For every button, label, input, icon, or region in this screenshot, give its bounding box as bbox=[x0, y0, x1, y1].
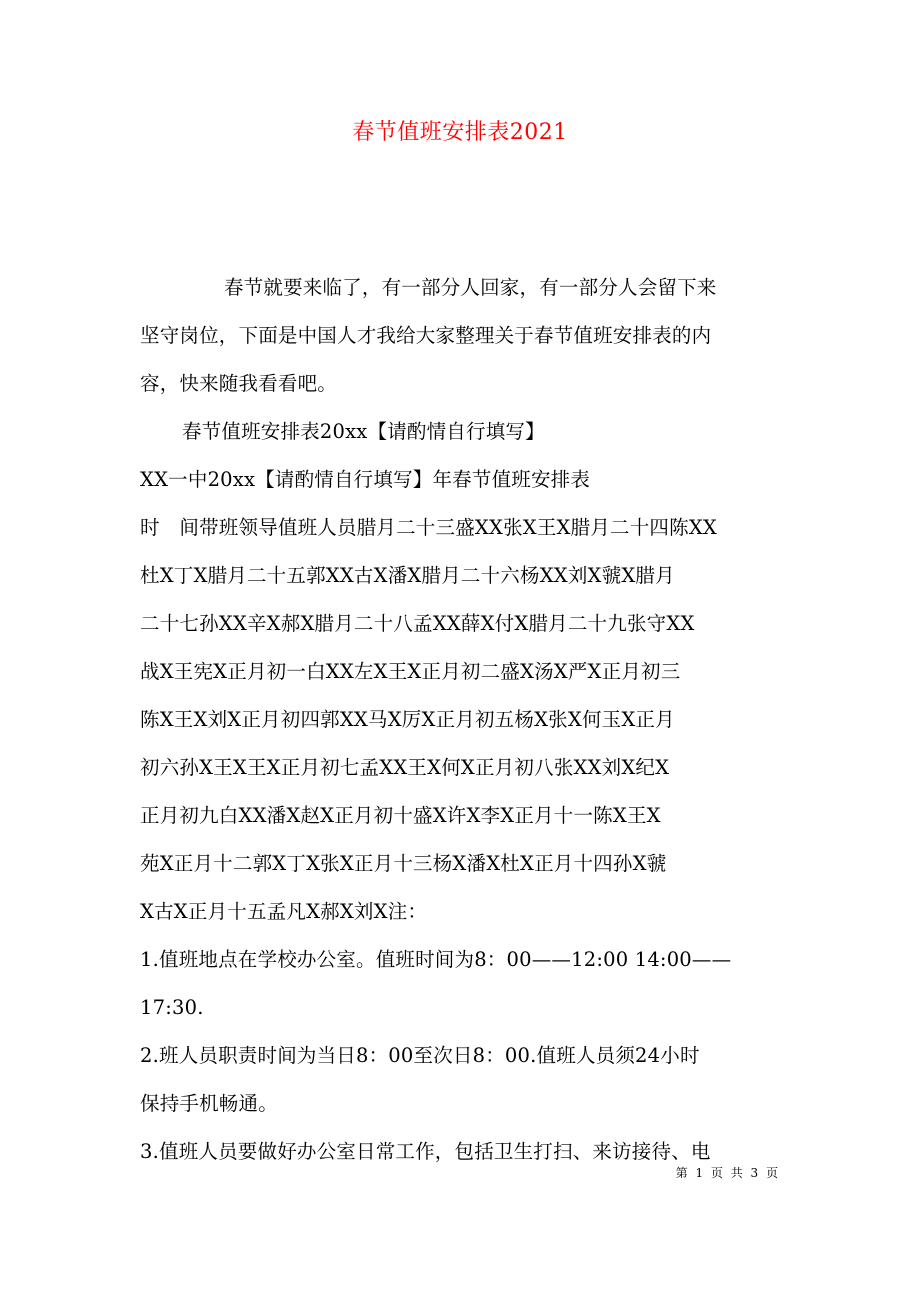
page-number-footer: 第 1 页 共 3 页 bbox=[676, 1164, 780, 1181]
schedule-line: 苑X正月十二郭X丁X张X正月十三杨X潘X杜X正月十四孙X虢 bbox=[140, 840, 785, 888]
document-body: 春节就要来临了，有一部分人回家，有一部分人会留下来 坚守岗位，下面是中国人才我给… bbox=[140, 264, 785, 1176]
schedule-title: XX一中20xx【请酌情自行填写】年春节值班安排表 bbox=[140, 456, 785, 504]
document-title: 春节值班安排表2021 bbox=[0, 118, 920, 148]
paragraph-intro-line-1: 春节就要来临了，有一部分人回家，有一部分人会留下来 bbox=[140, 264, 785, 312]
note-1-line-1: 1.值班地点在学校办公室。值班时间为8：00——12:00 14:00—— bbox=[140, 936, 785, 984]
note-2-line-1: 2.班人员职责时间为当日8：00至次日8：00.值班人员须24小时 bbox=[140, 1032, 785, 1080]
note-1-line-2: 17:30. bbox=[140, 984, 785, 1032]
schedule-line: 初六孙X王X王X正月初七孟XX王X何X正月初八张XX刘X纪X bbox=[140, 744, 785, 792]
schedule-line: 正月初九白XX潘X赵X正月初十盛X许X李X正月十一陈X王X bbox=[140, 792, 785, 840]
schedule-line: 战X王宪X正月初一白XX左X王X正月初二盛X汤X严X正月初三 bbox=[140, 648, 785, 696]
schedule-line: 陈X王X刘X正月初四郭XX马X厉X正月初五杨X张X何玉X正月 bbox=[140, 696, 785, 744]
note-2-line-2: 保持手机畅通。 bbox=[140, 1080, 785, 1128]
schedule-line: 时 间带班领导值班人员腊月二十三盛XX张X王X腊月二十四陈XX bbox=[140, 504, 785, 552]
document-page: 春节值班安排表2021 春节就要来临了，有一部分人回家，有一部分人会留下来 坚守… bbox=[0, 0, 920, 1302]
schedule-line: X古X正月十五孟凡X郝X刘X注： bbox=[140, 888, 785, 936]
section-heading: 春节值班安排表20xx【请酌情自行填写】 bbox=[140, 408, 785, 456]
schedule-line: 杜X丁X腊月二十五郭XX古X潘X腊月二十六杨XX刘X虢X腊月 bbox=[140, 552, 785, 600]
schedule-line: 二十七孙XX辛X郝X腊月二十八孟XX薛X付X腊月二十九张守XX bbox=[140, 600, 785, 648]
paragraph-intro-line-3: 容，快来随我看看吧。 bbox=[140, 360, 785, 408]
paragraph-intro-line-2: 坚守岗位，下面是中国人才我给大家整理关于春节值班安排表的内 bbox=[140, 312, 785, 360]
